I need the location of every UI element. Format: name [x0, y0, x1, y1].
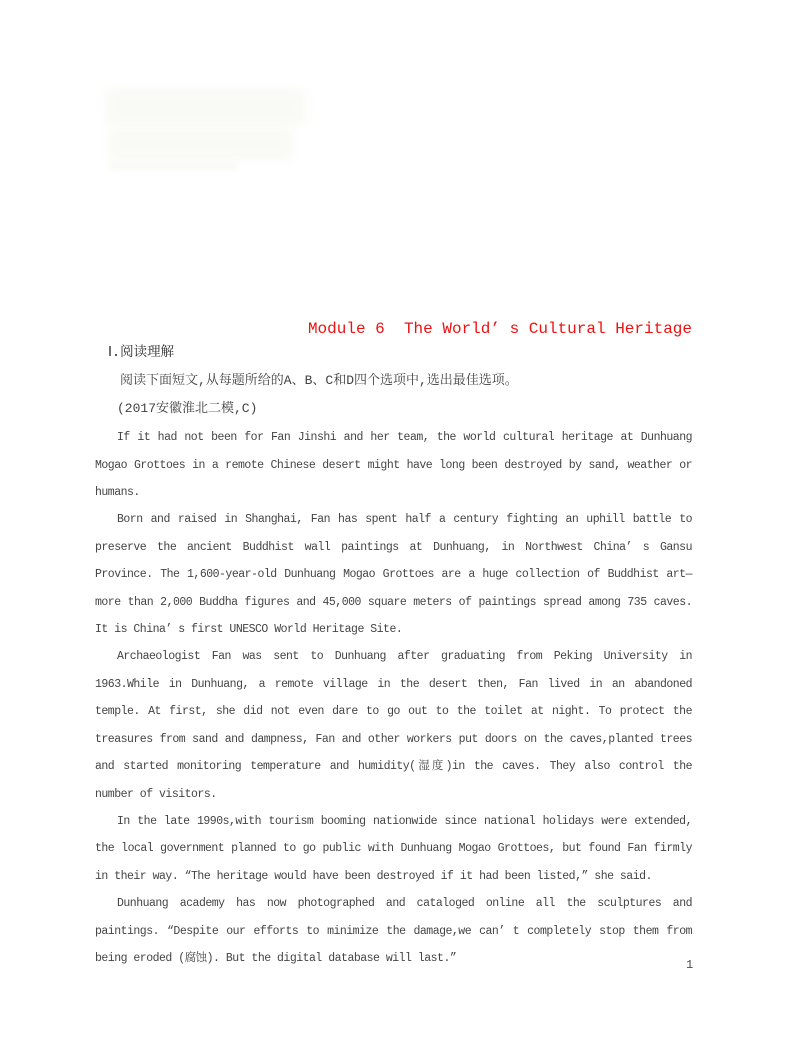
- passage-paragraph-2: Born and raised in Shanghai, Fan has spe…: [95, 506, 692, 643]
- passage-source: (2017安徽淮北二模,C): [117, 395, 692, 422]
- document-page: Module 6 The World’ s Cultural Heritage …: [0, 0, 800, 1037]
- reading-passage: If it had not been for Fan Jinshi and he…: [95, 424, 692, 972]
- watermark-blob: [105, 88, 305, 126]
- section-heading: Ⅰ.阅读理解: [108, 340, 692, 367]
- module-title: Module 6 The World’ s Cultural Heritage: [95, 318, 692, 340]
- watermark-blob: [108, 128, 293, 160]
- passage-paragraph-5: Dunhuang academy has now photographed an…: [95, 890, 692, 972]
- section-instruction: 阅读下面短文,从每题所给的A、B、C和D四个选项中,选出最佳选项。: [120, 367, 692, 394]
- passage-paragraph-3: Archaeologist Fan was sent to Dunhuang a…: [95, 643, 692, 807]
- passage-paragraph-1: If it had not been for Fan Jinshi and he…: [95, 424, 692, 506]
- page-number: 1: [686, 957, 693, 973]
- document-content: Module 6 The World’ s Cultural Heritage …: [95, 318, 692, 972]
- passage-paragraph-4: In the late 1990s,with tourism booming n…: [95, 808, 692, 890]
- watermark-blob: [108, 162, 238, 171]
